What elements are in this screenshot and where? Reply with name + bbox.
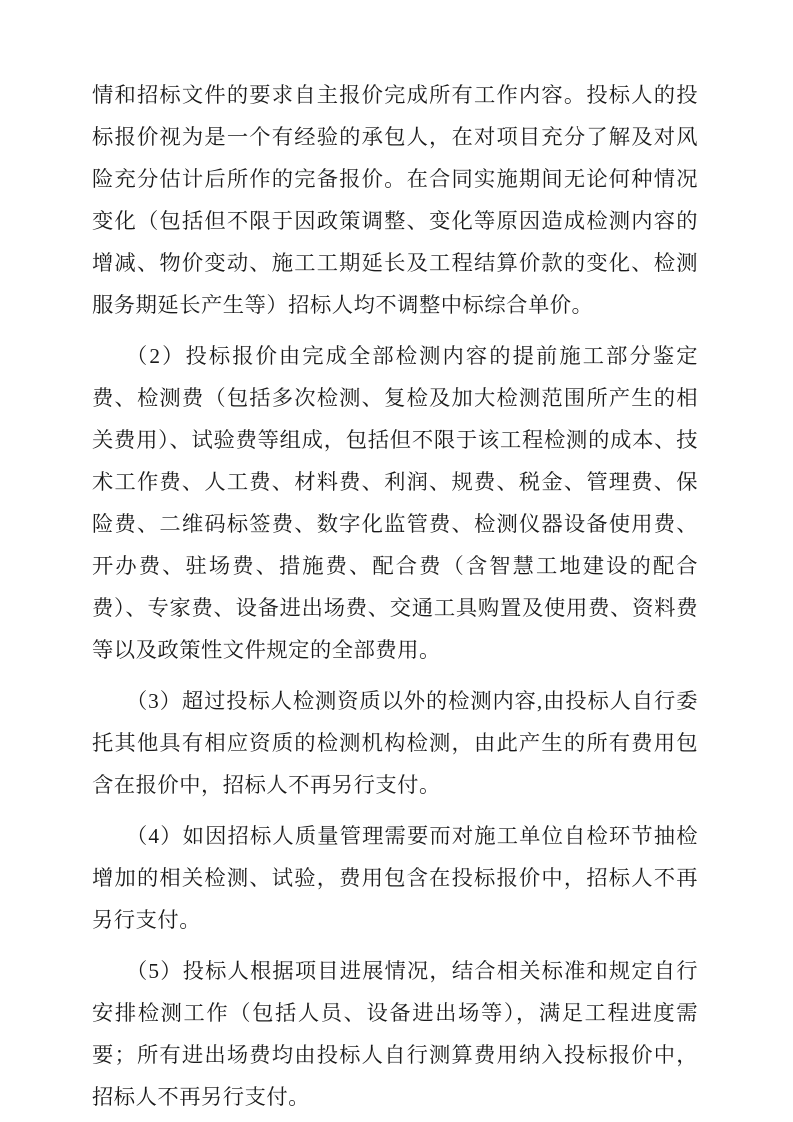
document-page: 情和招标文件的要求自主报价完成所有工作内容。投标人的投标报价视为是一个有经验的承… — [0, 0, 793, 1122]
document-text-block: 情和招标文件的要求自主报价完成所有工作内容。投标人的投标报价视为是一个有经验的承… — [92, 74, 698, 1122]
paragraph-item-2: （2）投标报价由完成全部检测内容的提前施工部分鉴定费、检测费（包括多次检测、复检… — [92, 335, 698, 671]
paragraph-item-4: （4）如因招标人质量管理需要而对施工单位自检环节抽检增加的相关检测、试验，费用包… — [92, 815, 698, 941]
paragraph-item-5: （5）投标人根据项目进展情况，结合相关标准和规定自行安排检测工作（包括人员、设备… — [92, 950, 698, 1118]
paragraph-item-3: （3）超过投标人检测资质以外的检测内容,由投标人自行委托其他具有相应资质的检测机… — [92, 680, 698, 806]
paragraph-continuation: 情和招标文件的要求自主报价完成所有工作内容。投标人的投标报价视为是一个有经验的承… — [92, 74, 698, 326]
